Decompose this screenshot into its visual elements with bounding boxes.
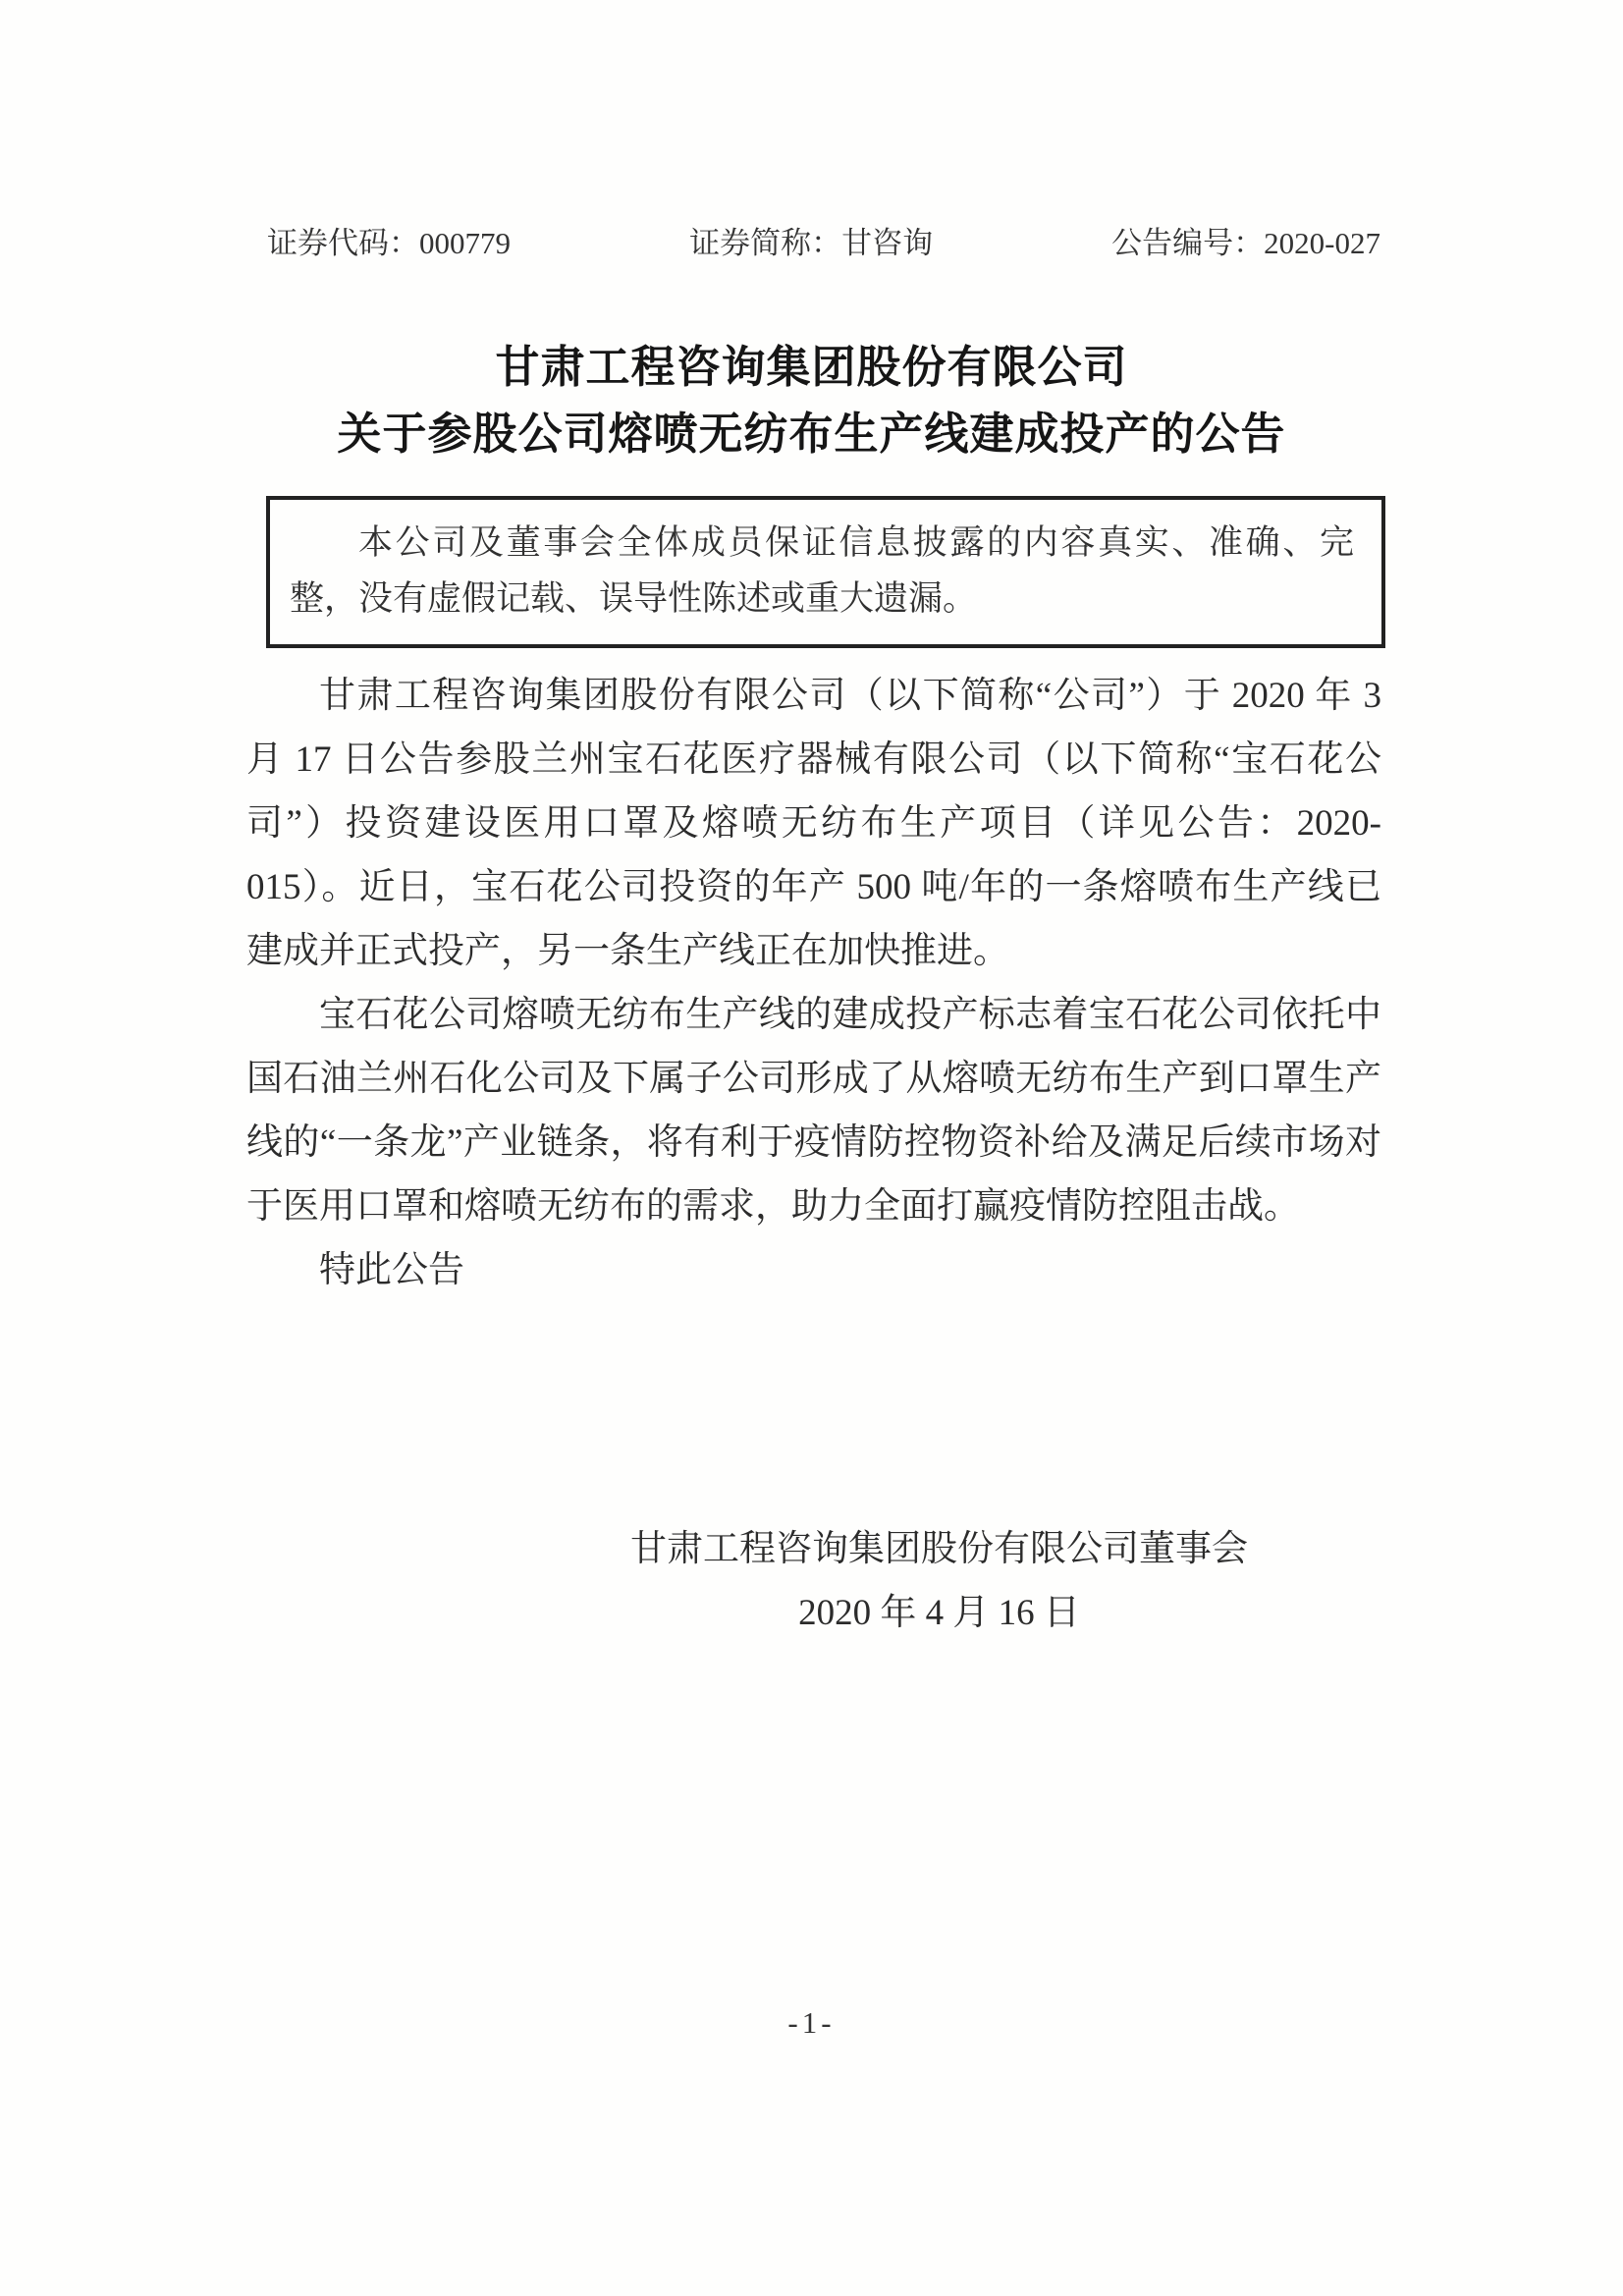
stock-abbreviation: 证券简称：甘咨询 [689,218,933,262]
signature-company: 甘肃工程咨询集团股份有限公司董事会 [255,1517,1623,1581]
page-number: -1- [0,2005,1623,2041]
disclaimer-text: 本公司及董事会全体成员保证信息披露的内容真实、准确、完整，没有虚假记载、误导性陈… [290,515,1354,627]
closing-statement: 特此公告 [246,1238,1381,1302]
document-title: 甘肃工程咨询集团股份有限公司 关于参股公司熔喷无纺布生产线建成投产的公告 [0,334,1623,467]
disclaimer-box: 本公司及董事会全体成员保证信息披露的内容真实、准确、完整，没有虚假记载、误导性陈… [266,496,1385,648]
document-body: 甘肃工程咨询集团股份有限公司（以下简称“公司”）于 2020 年 3 月 17 … [246,664,1381,1302]
announcement-page: 证券代码：000779 证券简称：甘咨询 公告编号：2020-027 甘肃工程咨… [0,0,1623,2296]
title-company-line: 甘肃工程咨询集团股份有限公司 [0,334,1623,401]
title-subject-line: 关于参股公司熔喷无纺布生产线建成投产的公告 [0,401,1623,467]
signature-block: 甘肃工程咨询集团股份有限公司董事会 2020 年 4 月 16 日 [255,1517,1623,1645]
stock-code: 证券代码：000779 [267,218,511,262]
body-paragraph-1: 甘肃工程咨询集团股份有限公司（以下简称“公司”）于 2020 年 3 月 17 … [246,664,1381,983]
signature-date: 2020 年 4 月 16 日 [255,1581,1623,1645]
body-paragraph-2: 宝石花公司熔喷无纺布生产线的建成投产标志着宝石花公司依托中国石油兰州石化公司及下… [246,983,1381,1238]
announcement-number: 公告编号：2020-027 [1111,218,1380,262]
document-header: 证券代码：000779 证券简称：甘咨询 公告编号：2020-027 [267,218,1380,262]
